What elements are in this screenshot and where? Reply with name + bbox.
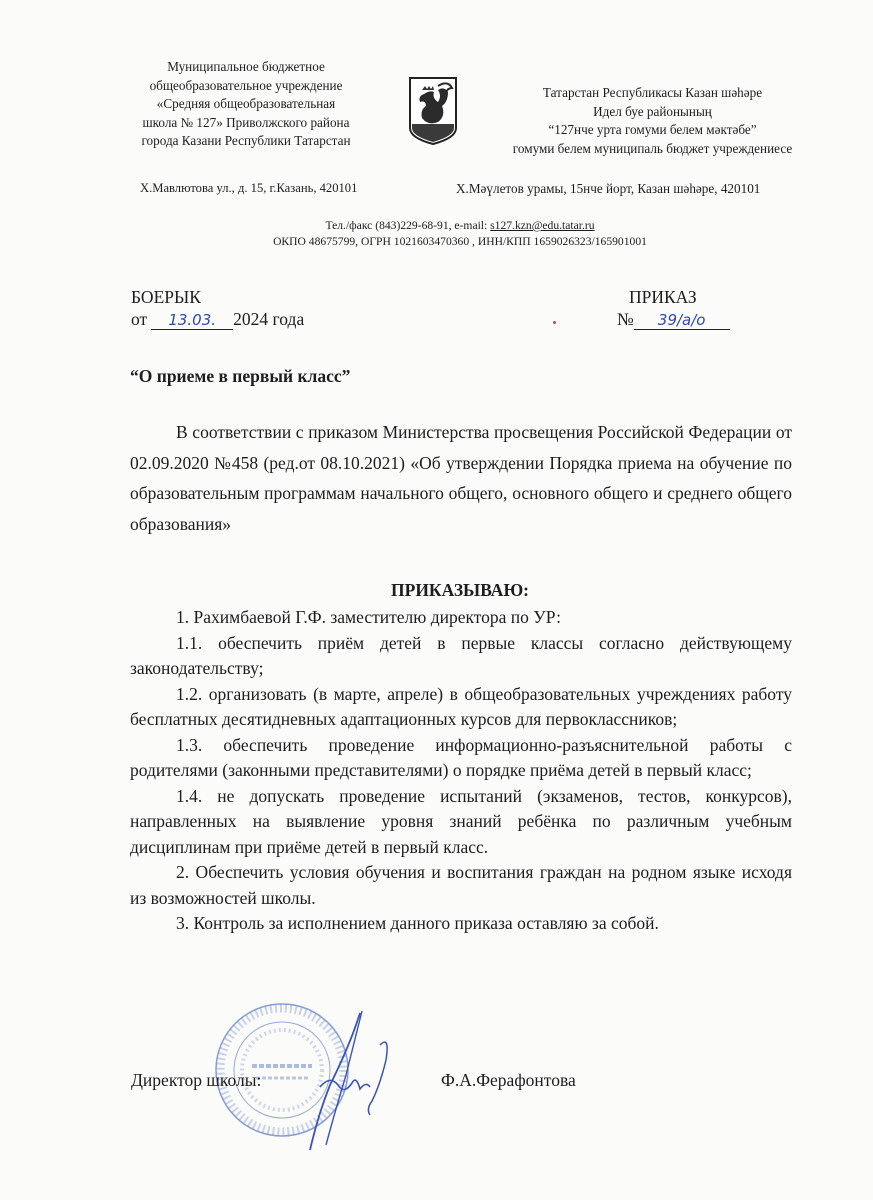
address-right: Х.Мәүлетов урамы, 15нче йорт, Казан шәһә…	[456, 181, 760, 197]
date-prefix: от	[131, 309, 147, 329]
header-left-line: школа № 127» Приволжского района	[100, 114, 392, 133]
kazan-coat-of-arms-icon	[408, 76, 458, 146]
header-left-line: общеобразовательное учреждение	[100, 77, 392, 96]
signatory-title: Директор школы:	[131, 1070, 261, 1091]
header-left-line: Муниципальное бюджетное	[100, 58, 392, 77]
handwritten-number: 39/а/о	[634, 311, 730, 330]
order-item: 1.4. не допускать проведение испытаний (…	[130, 784, 792, 861]
label-prikaz: ПРИКАЗ	[617, 286, 730, 308]
order-number-line: №39/а/о	[617, 308, 730, 330]
order-items: 1. Рахимбаевой Г.Ф. заместителю директор…	[130, 605, 792, 937]
registry-codes: ОКПО 48675799, ОГРН 1021603470360 , ИНН/…	[100, 234, 820, 250]
preamble: В соответствии с приказом Министерства п…	[130, 417, 792, 539]
header-right-line: “127нче урта гомуми белем мәктәбе”	[485, 121, 820, 140]
handwritten-signature-icon	[290, 1005, 410, 1155]
date-year: 2024 года	[233, 309, 304, 329]
order-item: 3. Контроль за исполнением данного прика…	[130, 911, 792, 937]
order-date-block: БОЕРЫК от13.03.2024 года	[131, 286, 304, 330]
order-number-block: ПРИКАЗ №39/а/о	[617, 286, 730, 330]
order-date-line: от13.03.2024 года	[131, 308, 304, 330]
header-right-line: Идел буе районының	[485, 103, 820, 122]
header-right-line: гомуми белем муниципаль бюджет учреждени…	[485, 140, 820, 159]
preamble-text: В соответствии с приказом Министерства п…	[130, 417, 792, 539]
header-left-line: города Казани Республики Татарстан	[100, 132, 392, 151]
label-boeryk: БОЕРЫК	[131, 286, 304, 308]
handwritten-date: 13.03.	[151, 311, 233, 330]
order-item: 1.2. организовать (в марте, апреле) в об…	[130, 682, 792, 733]
order-item: 2. Обеспечить условия обучения и воспита…	[130, 860, 792, 911]
order-item: 1.3. обеспечить проведение информационно…	[130, 733, 792, 784]
phone-fax: Тел./факс (843)229-68-91, e-mail:	[325, 219, 490, 232]
order-item: 1.1. обеспечить приём детей в первые кла…	[130, 631, 792, 682]
order-item: 1. Рахимбаевой Г.Ф. заместителю директор…	[130, 605, 792, 631]
number-prefix: №	[617, 309, 634, 329]
email-link[interactable]: s127.kzn@edu.tatar.ru	[490, 219, 594, 232]
scan-speck	[553, 321, 556, 324]
contacts-line: Тел./факс (843)229-68-91, e-mail: s127.k…	[100, 218, 820, 234]
header-right-line: Татарстан Республикасы Казан шәһәре	[485, 84, 820, 103]
header-right-institution: Татарстан Республикасы Казан шәһәре Идел…	[485, 84, 820, 158]
signatory-name: Ф.А.Ферафонтова	[441, 1070, 576, 1091]
header-left-institution: Муниципальное бюджетное общеобразователь…	[100, 58, 392, 151]
address-left: Х.Мавлютова ул., д. 15, г.Казань, 420101	[140, 181, 357, 196]
document-title: “О приеме в первый класс”	[130, 366, 350, 387]
order-heading: ПРИКАЗЫВАЮ:	[100, 580, 820, 601]
contacts-block: Тел./факс (843)229-68-91, e-mail: s127.k…	[100, 218, 820, 250]
header-left-line: «Средняя общеобразовательная	[100, 95, 392, 114]
